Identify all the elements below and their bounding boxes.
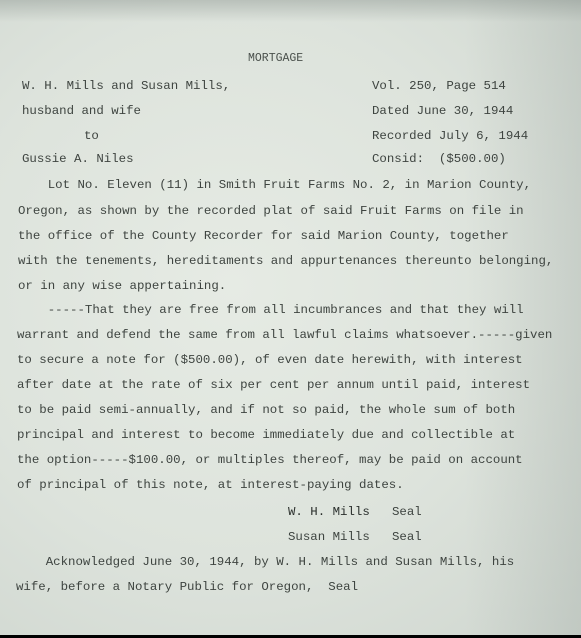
dated: Dated June 30, 1944 [372, 104, 513, 118]
text-line: wife, before a Notary Public for Oregon,… [16, 580, 358, 594]
volume-page: Vol. 250, Page 514 [372, 79, 506, 93]
recorded-date: Recorded July 6, 1944 [372, 129, 528, 143]
grantors-relation: husband and wife [22, 104, 141, 118]
text-line: the option-----$100.00, or multiples the… [17, 453, 523, 467]
signature-name: W. H. Mills [288, 505, 370, 519]
text-line: Lot No. Eleven (11) in Smith Fruit Farms… [18, 178, 531, 192]
signature-seal: Seal [392, 530, 422, 544]
document-title: MORTGAGE [248, 52, 303, 66]
consideration: Consid: ($500.00) [372, 152, 506, 166]
grantee: Gussie A. Niles [22, 152, 134, 166]
text-line: Acknowledged June 30, 1944, by W. H. Mil… [16, 555, 514, 569]
grantors: W. H. Mills and Susan Mills, [22, 79, 230, 93]
text-line: to be paid semi-annually, and if not so … [17, 403, 515, 417]
text-line: -----That they are free from all incumbr… [18, 303, 524, 317]
text-line: of principal of this note, at interest-p… [17, 478, 404, 492]
text-line: the office of the County Recorder for sa… [18, 229, 509, 243]
party-connector: to [84, 129, 99, 143]
text-line: principal and interest to become immedia… [17, 428, 515, 442]
text-line: to secure a note for ($500.00), of even … [17, 353, 523, 367]
text-line: or in any wise appertaining. [18, 279, 226, 293]
text-line: warrant and defend the same from all law… [17, 328, 552, 342]
document-page: MORTGAGE W. H. Mills and Susan Mills, hu… [0, 0, 581, 635]
signature-name: Susan Mills [288, 530, 370, 544]
signature-seal: Seal [392, 505, 422, 519]
text-line: Oregon, as shown by the recorded plat of… [18, 204, 524, 218]
text-line: after date at the rate of six per cent p… [17, 378, 530, 392]
text-line: with the tenements, hereditaments and ap… [18, 254, 553, 268]
